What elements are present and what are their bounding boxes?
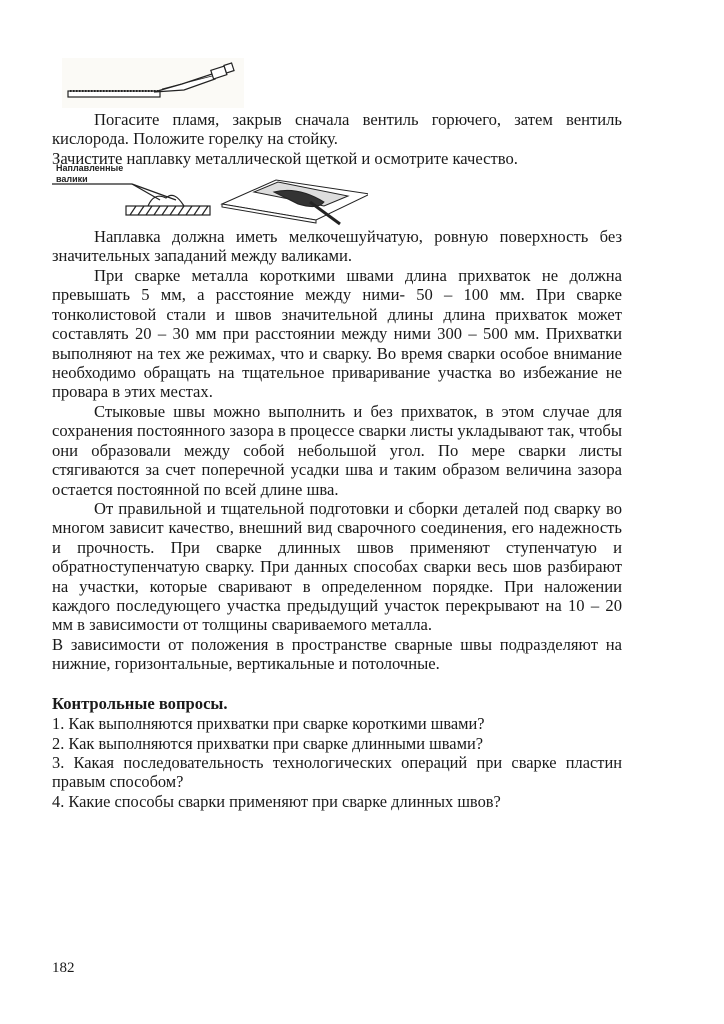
gas-torch-figure [62,58,244,108]
page-number: 182 [52,960,75,977]
plate-with-bead-icon [222,180,368,224]
paragraph-tack-welds: При сварке металла короткими швами длина… [52,266,622,402]
paragraph-surface-quality: Наплавка должна иметь мелкочешуйчатую, р… [52,227,622,266]
paragraph-weld-positions: В зависимости от положения в пространств… [52,635,622,674]
question-2: 2. Как выполняются прихватки при сварке … [52,734,622,753]
question-4: 4. Какие способы сварки применяют при св… [52,792,622,811]
paragraph-extinguish-flame: Погасите пламя, закрыв сначала вентиль г… [52,110,622,149]
questions-heading: Контрольные вопросы. [52,694,622,713]
cross-section-icon [52,184,210,215]
question-1: 1. Как выполняются прихватки при сварке … [52,714,622,733]
weld-plate-icon [68,91,160,97]
paragraph-preparation: От правильной и тщательной подготовки и … [52,499,622,635]
paragraph-clean-surface: Зачистите наплавку металлической щеткой … [52,149,622,168]
weld-beads-figure: Наплавленные валики [48,162,368,226]
beads-label-line2: валики [56,174,88,184]
paragraph-butt-welds: Стыковые швы можно выполнить и без прихв… [52,402,622,499]
question-3: 3. Какая последовательность технологичес… [52,753,622,792]
